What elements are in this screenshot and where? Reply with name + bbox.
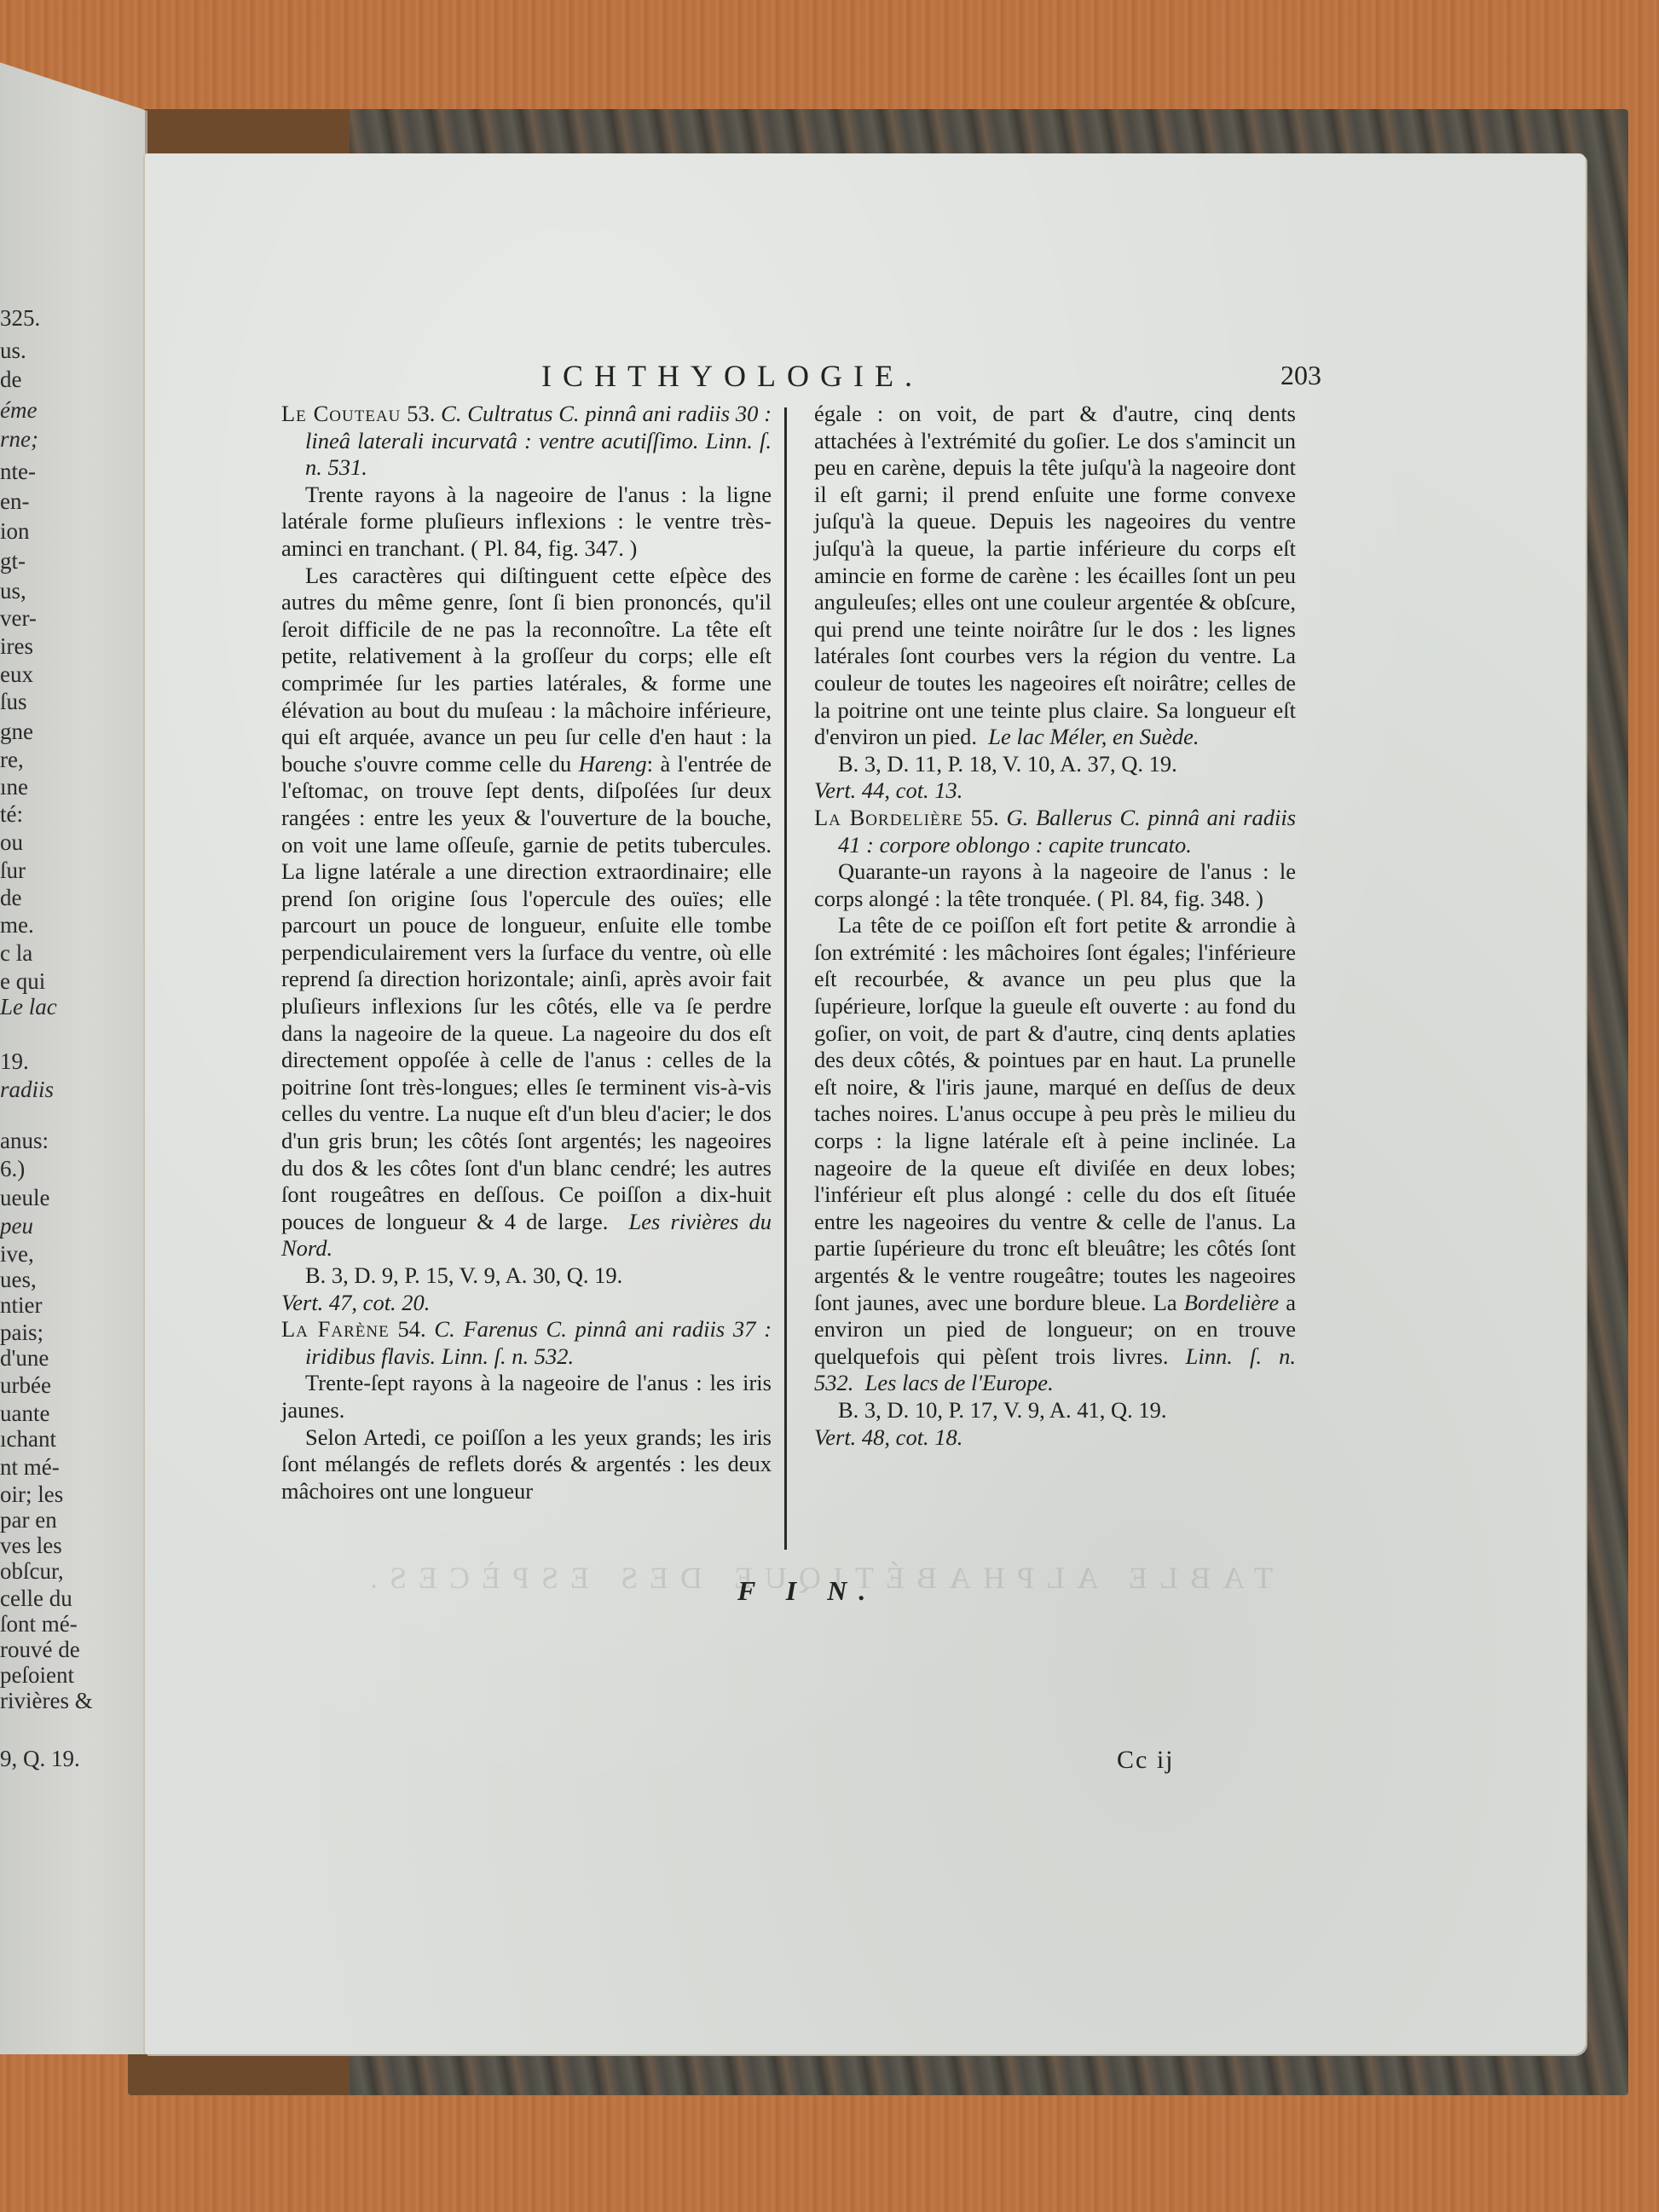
left-page-text-fragment: Le lac (0, 996, 57, 1019)
paragraph: Trente-ſept rayons à la nageoire de l'an… (281, 1370, 772, 1424)
left-page-text-fragment: en- (0, 490, 29, 513)
left-page-text-fragment: de (0, 887, 21, 910)
left-page-text-fragment: c la (0, 942, 32, 965)
vertebrae-count: Vert. 47, cot. 20. (281, 1290, 772, 1317)
left-page-text-fragment: peſoient (0, 1664, 74, 1687)
entry-54-heading: La Farène 54. C. Farenus C. pinnâ ani ra… (281, 1316, 772, 1370)
left-page-text-fragment: obſcur, (0, 1560, 64, 1583)
species-number: 54. (398, 1316, 426, 1342)
left-page-text-fragment: ves les (0, 1534, 62, 1557)
left-page-text-fragment: éme (0, 399, 37, 422)
left-page-text-fragment: ſus (0, 690, 27, 713)
left-page-text-fragment: celle du (0, 1587, 72, 1610)
end-mark: F I N. (737, 1575, 877, 1607)
left-page-text-fragment: 6.) (0, 1158, 25, 1181)
left-page-text-fragment: me. (0, 914, 34, 937)
species-number: 55. (971, 805, 999, 830)
vertebrae-count: Vert. 44, cot. 13. (814, 777, 1296, 805)
fin-formula: B. 3, D. 11, P. 18, V. 10, A. 37, Q. 19. (814, 751, 1296, 778)
running-head: ICHTHYOLOGIE. 203 (256, 358, 1304, 401)
text-run: La tête de ce poiſſon eſt fort petite & … (814, 912, 1296, 1314)
habitat: Les lacs de l'Europe. (865, 1370, 1054, 1395)
left-page-text-fragment: ıchant (0, 1428, 56, 1451)
paragraph: égale : on voit, de part & d'autre, cinq… (814, 401, 1296, 751)
text-run: égale : on voit, de part & d'autre, cinq… (814, 401, 1296, 749)
left-page-text-fragment: eux (0, 663, 33, 686)
species-number: 53. (407, 401, 435, 426)
species-name: La Bordelière (814, 805, 963, 830)
left-page-text-fragment: nt mé- (0, 1456, 60, 1479)
left-page-text-fragment: rivières & (0, 1689, 93, 1712)
left-facing-page: 325.us.deémerne;nte-en-iongt-us,ver-ires… (0, 60, 147, 2054)
left-page-text-fragment: ou (0, 831, 23, 854)
entry-55-heading: La Bordelière 55. G. Ballerus C. pinnâ a… (814, 805, 1296, 858)
species-name: Le Couteau (281, 401, 401, 426)
left-page-text-fragment: 325. (0, 307, 40, 330)
left-page-text-fragment: ires (0, 635, 33, 658)
left-page-text-fragment: 9, Q. 19. (0, 1747, 80, 1770)
italic-term: Hareng (579, 751, 647, 777)
left-page-text-fragment: ntier (0, 1294, 42, 1317)
left-page-text-fragment: gt- (0, 550, 26, 573)
paragraph: Selon Artedi, ce poiſſon a les yeux gran… (281, 1424, 772, 1505)
page-number: 203 (1280, 360, 1321, 391)
species-name: La Farène (281, 1316, 390, 1342)
vertebrae-count: Vert. 48, cot. 18. (814, 1424, 1296, 1452)
left-page-text-fragment: pais; (0, 1321, 43, 1344)
habitat: Le lac Méler, en Suède. (988, 724, 1199, 749)
paragraph: Les caractères qui diſtinguent cette eſp… (281, 563, 772, 1262)
right-column: égale : on voit, de part & d'autre, cinq… (814, 401, 1296, 1451)
left-page-text-fragment: ſont mé- (0, 1613, 78, 1636)
left-page-text-fragment: ues, (0, 1268, 37, 1291)
left-page-text-fragment: ion (0, 520, 30, 543)
left-page-text-fragment: re, (0, 748, 24, 771)
left-page-text-fragment: ive, (0, 1243, 34, 1266)
left-page-text-fragment: par en (0, 1509, 57, 1532)
left-page-text-fragment: gne (0, 720, 33, 743)
left-page-text-fragment: d'une (0, 1347, 49, 1370)
left-page-text-fragment: us. (0, 339, 26, 362)
left-page-text-fragment: ıne (0, 776, 28, 799)
left-page-text-fragment: ver- (0, 607, 37, 630)
left-page-text-fragment: ſur (0, 859, 26, 882)
left-page-text-fragment: us, (0, 580, 26, 603)
paragraph: La tête de ce poiſſon eſt fort petite & … (814, 912, 1296, 1397)
italic-term: Bordelière (1184, 1290, 1279, 1315)
left-page-text-fragment: anus: (0, 1129, 49, 1152)
text-run: Les caractères qui diſtinguent cette eſp… (281, 563, 772, 777)
left-page-text-fragment: nte- (0, 460, 36, 483)
left-page-text-fragment: radiis (0, 1078, 54, 1101)
paragraph: Quarante-un rayons à la nageoire de l'an… (814, 858, 1296, 912)
text-run: : à l'entrée de l'eſtomac, on trouve ſep… (281, 751, 772, 1234)
signature-mark: Cc ij (1117, 1746, 1175, 1775)
left-page-text-fragment: rouvé de (0, 1638, 80, 1661)
paragraph: Trente rayons à la nageoire de l'anus : … (281, 482, 772, 563)
left-page-text-fragment: de (0, 368, 21, 391)
entry-53-heading: Le Couteau 53. C. Cultratus C. pinnâ ani… (281, 401, 772, 482)
left-page-text-fragment: rne; (0, 428, 38, 451)
left-page-text-fragment: urbée (0, 1374, 51, 1397)
left-page-text-fragment: e qui (0, 970, 45, 993)
left-page-text-fragment: ueule (0, 1187, 49, 1210)
left-page-text-fragment: té: (0, 803, 23, 826)
fin-formula: B. 3, D. 9, P. 15, V. 9, A. 30, Q. 19. (281, 1262, 772, 1290)
running-title: ICHTHYOLOGIE. (541, 358, 923, 394)
column-rule (784, 407, 787, 1550)
left-page-text-fragment: 19. (0, 1050, 29, 1073)
left-page-text-fragment: oir; les (0, 1483, 63, 1506)
left-page-text-fragment: uante (0, 1402, 49, 1425)
fin-formula: B. 3, D. 10, P. 17, V. 9, A. 41, Q. 19. (814, 1397, 1296, 1424)
left-page-text-fragment: peu (0, 1215, 33, 1238)
left-column: Le Couteau 53. C. Cultratus C. pinnâ ani… (281, 401, 772, 1505)
